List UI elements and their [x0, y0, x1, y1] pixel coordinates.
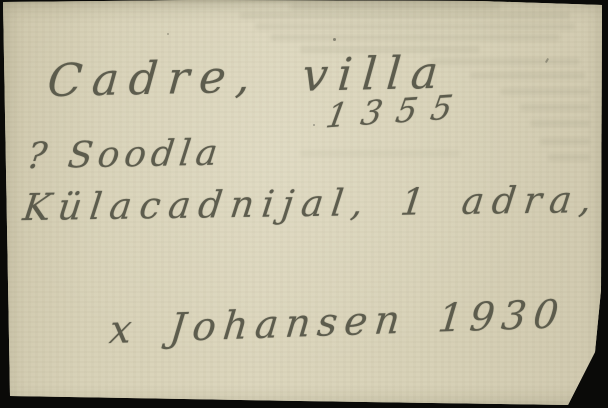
bleedthrough-smudge	[270, 34, 560, 41]
handwriting-line-kula-adra: Külacadnijal, 1 adra,	[21, 178, 603, 229]
paper-speck	[313, 124, 315, 126]
bleedthrough-smudge	[255, 23, 575, 30]
handwriting-line-signature: x Johansen 1930	[107, 292, 567, 353]
bleedthrough-smudge	[530, 120, 590, 127]
card-paper: Cadre, villa 1355 ? Soodla Külacadnijal,…	[0, 0, 608, 408]
bleedthrough-smudge	[290, 3, 500, 10]
bleedthrough-smudge	[500, 88, 590, 95]
paper-speck	[167, 33, 169, 35]
paper-speck	[545, 58, 549, 63]
bleedthrough-smudge	[240, 12, 570, 19]
bleedthrough-smudge	[520, 104, 590, 111]
bleedthrough-smudge	[540, 138, 590, 145]
bleedthrough-smudge	[548, 154, 590, 161]
document-scan: Cadre, villa 1355 ? Soodla Külacadnijal,…	[0, 0, 608, 408]
paper-speck	[333, 38, 336, 41]
bleedthrough-smudge	[470, 72, 585, 79]
bleedthrough-smudge	[430, 58, 580, 65]
handwriting-line-soodla: ? Soodla	[25, 133, 225, 177]
bleedthrough-smudge	[300, 150, 460, 157]
